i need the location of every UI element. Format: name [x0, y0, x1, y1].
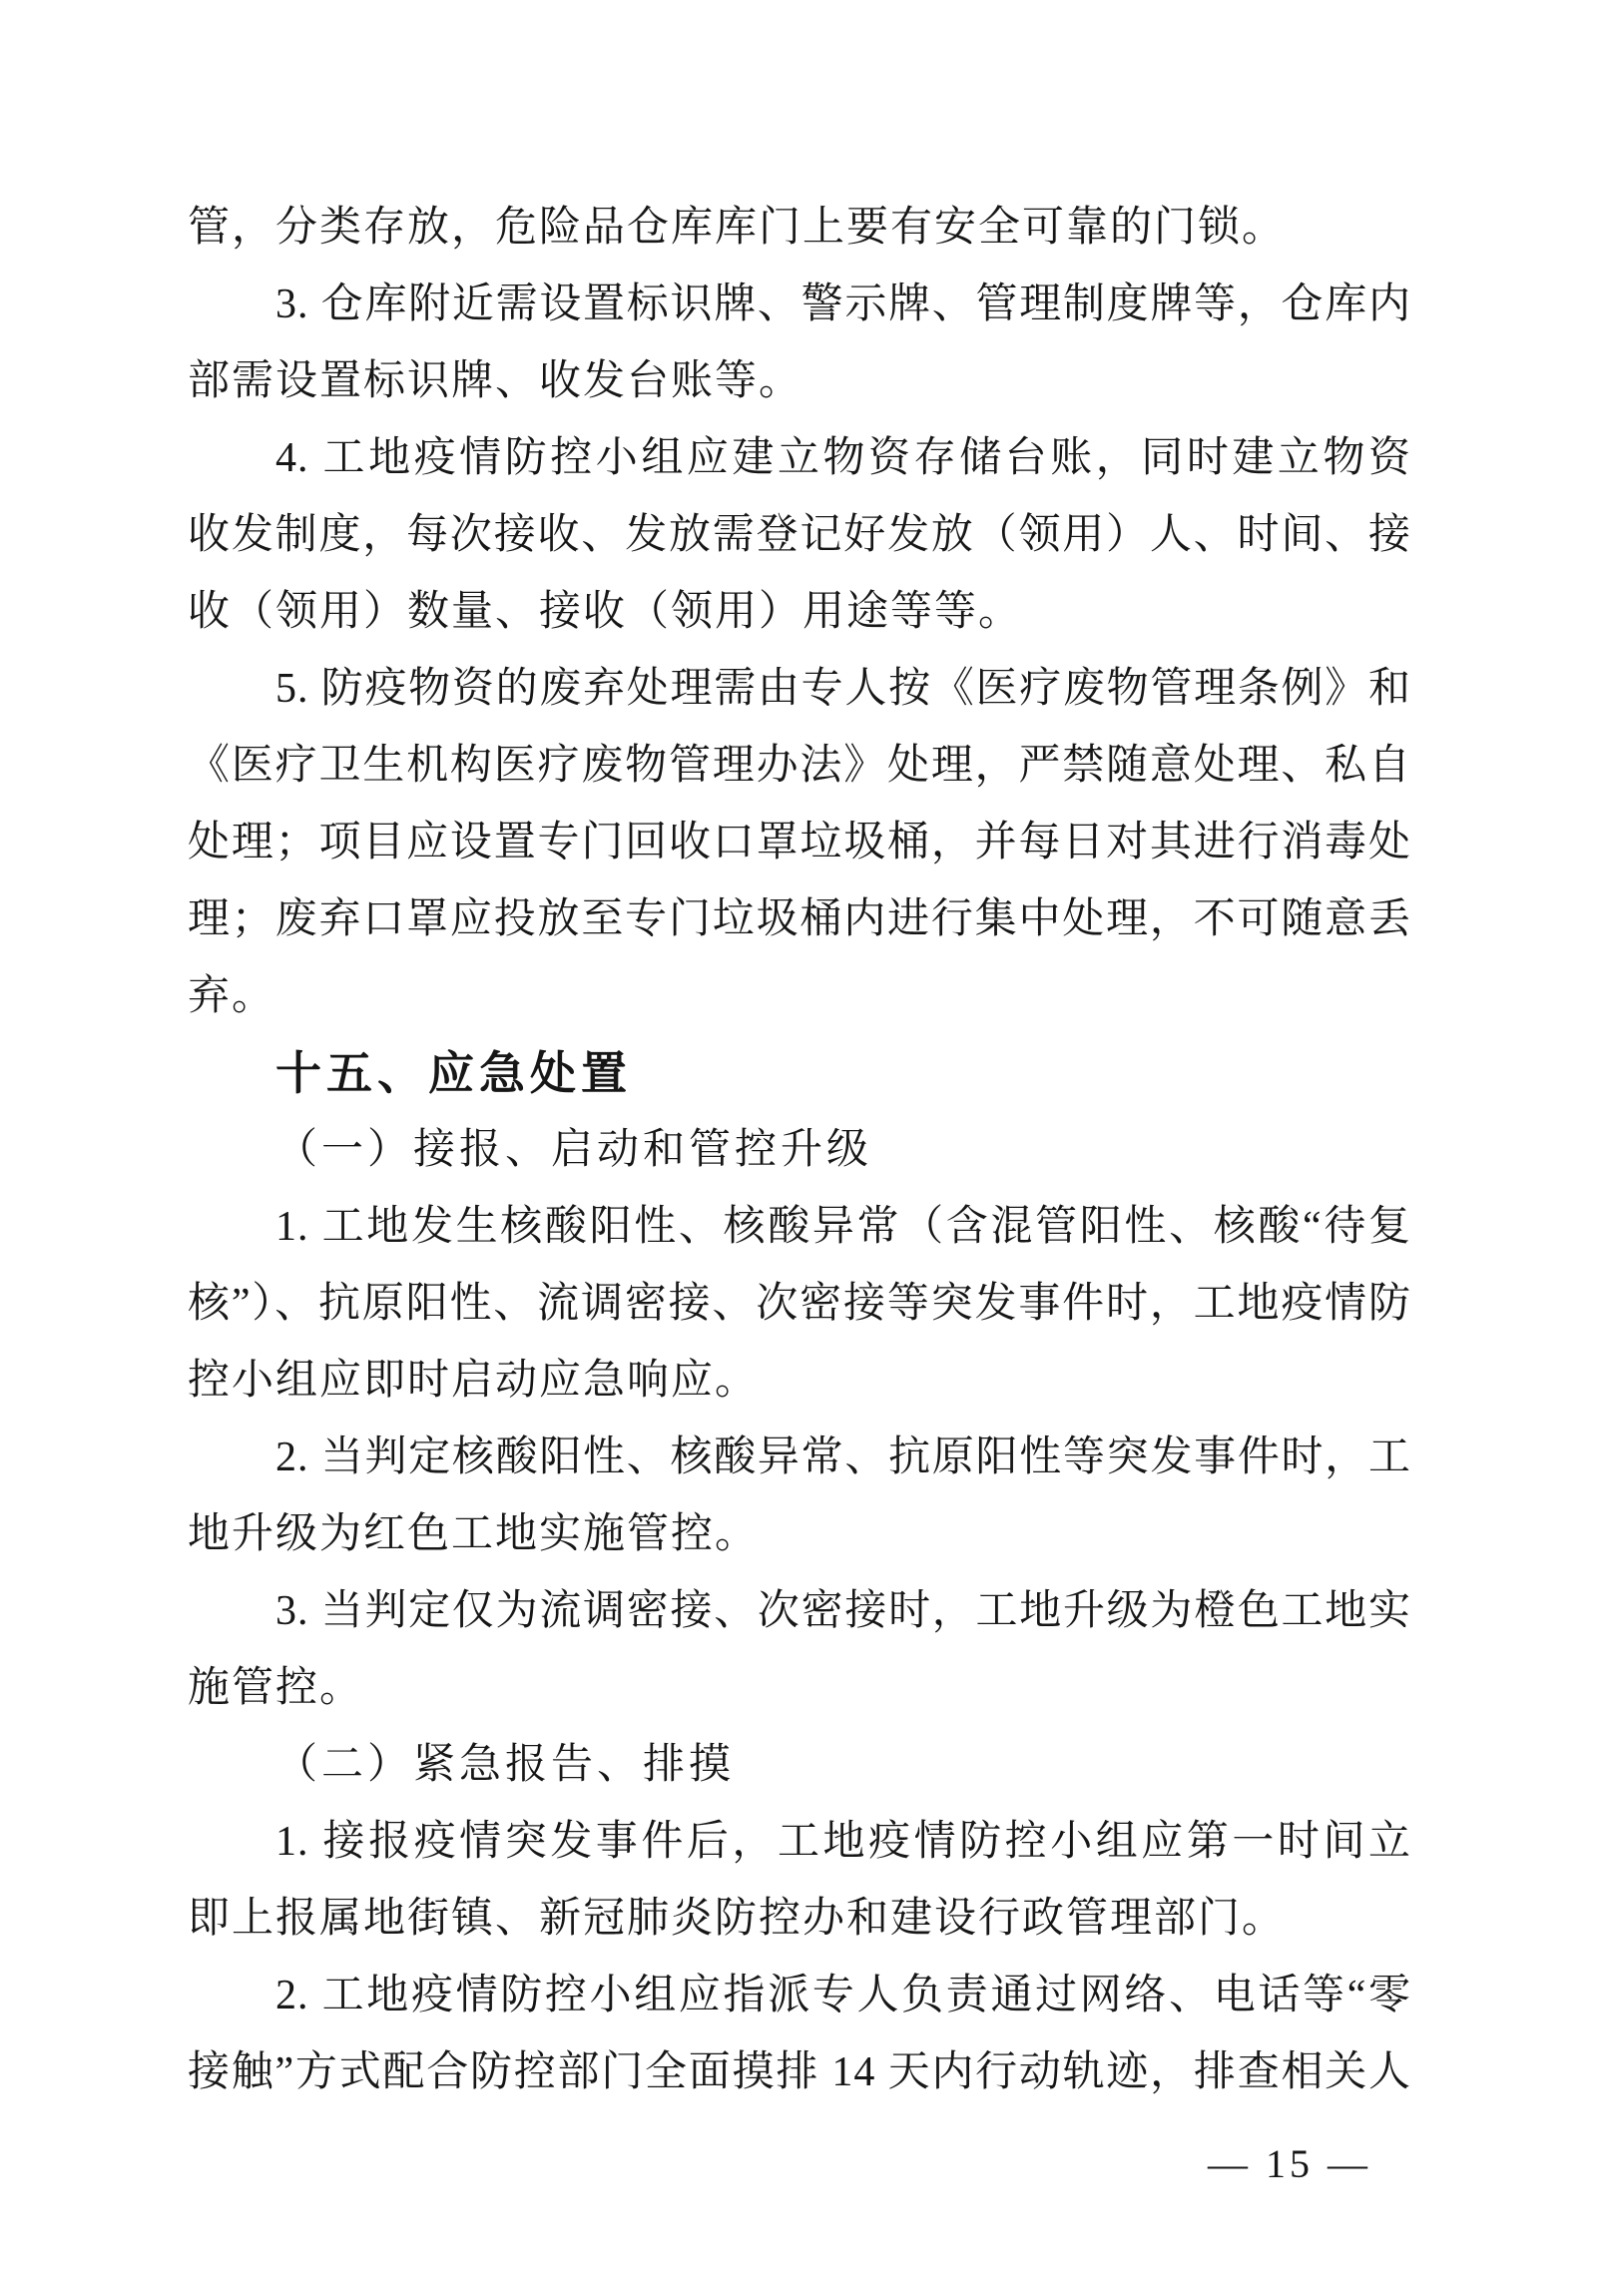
subsection-heading: （二）紧急报告、排摸: [188, 1727, 1411, 1804]
document-page: 管，分类存放，危险品仓库库门上要有安全可靠的门锁。3. 仓库附近需设置标识牌、警…: [0, 0, 1597, 2296]
text-line: 2. 当判定核酸阳性、核酸异常、抗原阳性等突发事件时，工: [188, 1420, 1411, 1496]
section-heading: 十五、应急处置: [188, 1035, 1411, 1112]
text-line: 3. 仓库附近需设置标识牌、警示牌、管理制度牌等，仓库内: [188, 267, 1411, 343]
text-line: 施管控。: [188, 1650, 1411, 1727]
text-line: 部需设置标识牌、收发台账等。: [188, 343, 1411, 420]
text-line: 3. 当判定仅为流调密接、次密接时，工地升级为橙色工地实: [188, 1573, 1411, 1650]
text-line: 核”）、抗原阳性、流调密接、次密接等突发事件时，工地疫情防: [188, 1266, 1411, 1343]
text-line: 4. 工地疫情防控小组应建立物资存储台账，同时建立物资: [188, 420, 1411, 497]
text-line: 控小组应即时启动应急响应。: [188, 1343, 1411, 1420]
document-body: 管，分类存放，危险品仓库库门上要有安全可靠的门锁。3. 仓库附近需设置标识牌、警…: [188, 190, 1411, 2111]
text-line: 地升级为红色工地实施管控。: [188, 1496, 1411, 1573]
text-line: 收（领用）数量、接收（领用）用途等等。: [188, 574, 1411, 651]
text-line: 弃。: [188, 958, 1411, 1035]
subsection-heading: （一）接报、启动和管控升级: [188, 1112, 1411, 1189]
text-line: 理；废弃口罩应投放至专门垃圾桶内进行集中处理，不可随意丢: [188, 881, 1411, 958]
text-line: 收发制度，每次接收、发放需登记好发放（领用）人、时间、接: [188, 497, 1411, 574]
page-number: — 15 —: [1208, 2134, 1371, 2194]
text-line: 1. 接报疫情突发事件后，工地疫情防控小组应第一时间立: [188, 1804, 1411, 1881]
text-line: 即上报属地街镇、新冠肺炎防控办和建设行政管理部门。: [188, 1881, 1411, 1958]
text-line: 管，分类存放，危险品仓库库门上要有安全可靠的门锁。: [188, 190, 1411, 267]
text-line: 《医疗卫生机构医疗废物管理办法》处理，严禁随意处理、私自: [188, 728, 1411, 805]
text-line: 处理；项目应设置专门回收口罩垃圾桶，并每日对其进行消毒处: [188, 805, 1411, 881]
text-line: 5. 防疫物资的废弃处理需由专人按《医疗废物管理条例》和: [188, 651, 1411, 728]
text-line: 1. 工地发生核酸阳性、核酸异常（含混管阳性、核酸“待复: [188, 1189, 1411, 1266]
text-line: 接触”方式配合防控部门全面摸排 14 天内行动轨迹，排查相关人: [188, 2034, 1411, 2111]
text-line: 2. 工地疫情防控小组应指派专人负责通过网络、电话等“零: [188, 1958, 1411, 2034]
